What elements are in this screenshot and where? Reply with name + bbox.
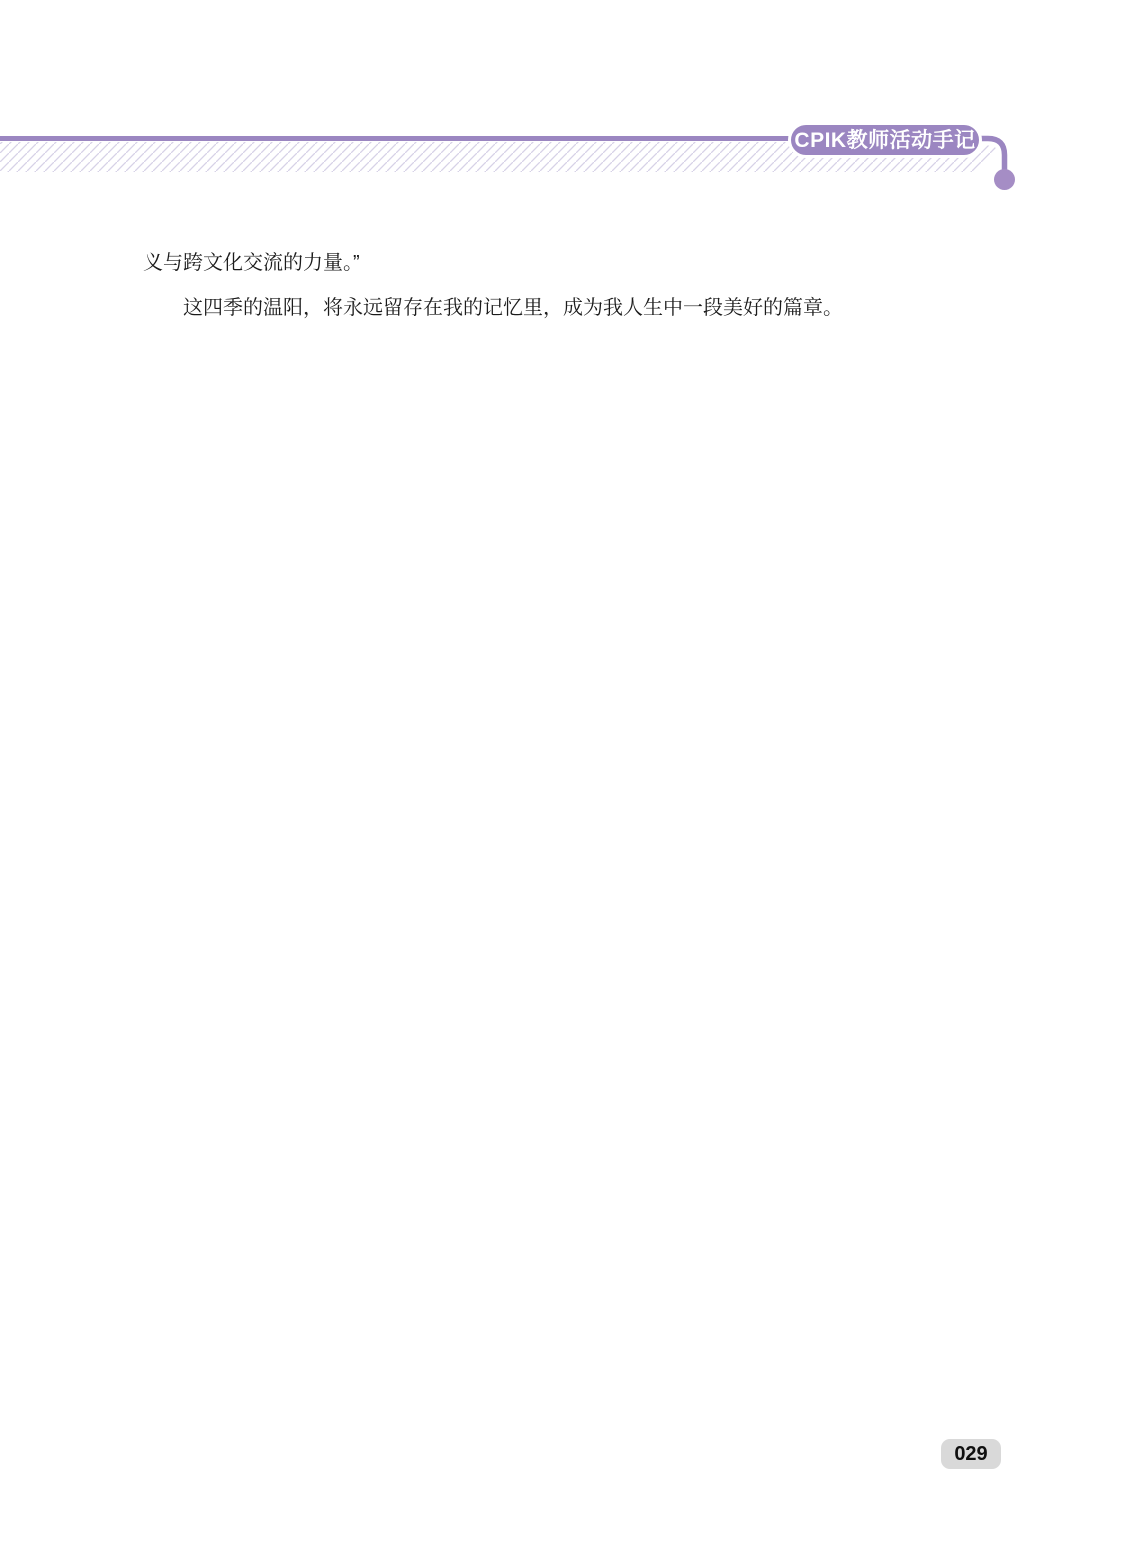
connector-dot-icon [994,169,1015,190]
paragraph: 这四季的温阳，将永远留存在我的记忆里，成为我人生中一段美好的篇章。 [143,296,1053,320]
chapter-badge: CPIK教师活动手记 [788,122,982,158]
body-text: 义与跨文化交流的力量。” 这四季的温阳，将永远留存在我的记忆里，成为我人生中一段… [143,251,1053,341]
header-decoration: CPIK教师活动手记 [0,0,1146,230]
header-ribbon-graphic [0,0,1146,230]
chapter-badge-label: CPIK教师活动手记 [794,130,975,151]
paragraph-continuation: 义与跨文化交流的力量。” [143,251,1053,275]
page-number-badge: 029 [941,1439,1001,1469]
page-number-label: 029 [954,1444,987,1464]
book-page: CPIK教师活动手记 义与跨文化交流的力量。” 这四季的温阳，将永远留存在我的记… [0,0,1146,1555]
